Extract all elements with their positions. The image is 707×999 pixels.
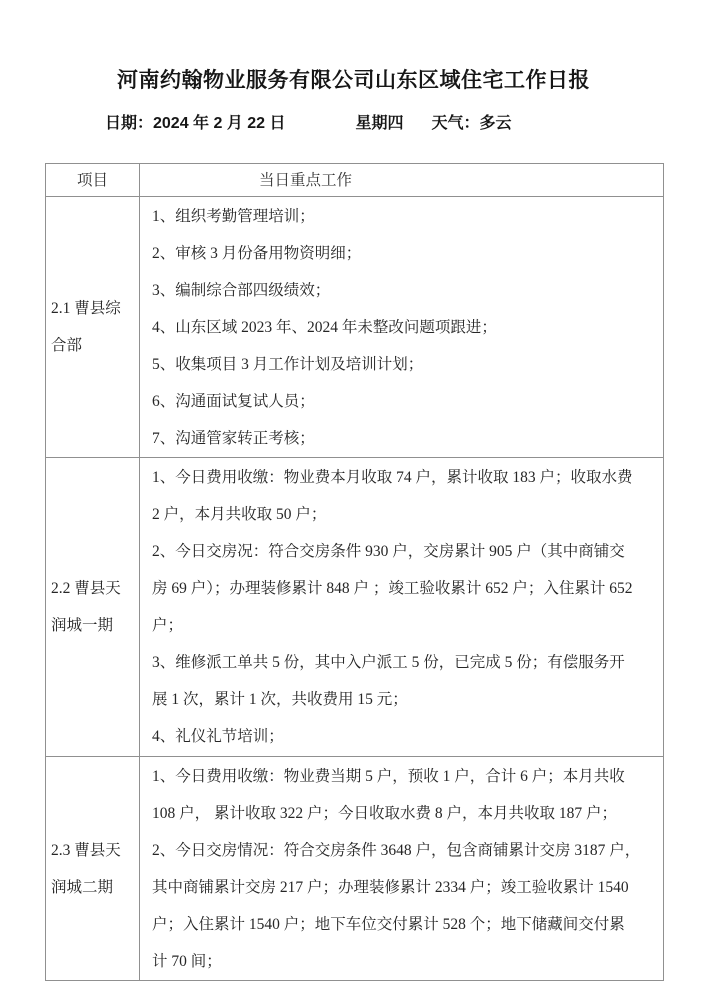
work-item: 6、沟通面试复试人员； (152, 383, 657, 420)
page-title: 河南约翰物业服务有限公司山东区域住宅工作日报 (0, 64, 707, 94)
column-header-work: 当日重点工作 (140, 164, 664, 197)
work-item: 1、组织考勤管理培训； (152, 198, 657, 235)
document-page: { "page": { "background_color": "#ffffff… (0, 0, 707, 999)
project-label: 2.1 曹县综 合部 (51, 290, 136, 364)
project-cell: 2.2 曹县天 润城一期 (46, 458, 140, 757)
work-item: 2、今日交房情况：符合交房条件 3648 户，包含商铺累计交房 3187 户， … (152, 832, 657, 980)
work-item: 2、审核 3 月份备用物资明细； (152, 235, 657, 272)
table-row: 2.1 曹县综 合部1、组织考勤管理培训；2、审核 3 月份备用物资明细；3、编… (46, 197, 664, 458)
weekday-value: 星期四 (356, 110, 404, 133)
project-cell: 2.3 曹县天 润城二期 (46, 757, 140, 981)
work-item: 3、维修派工单共 5 份，其中入户派工 5 份，已完成 5 份；有偿服务开 展 … (152, 644, 657, 718)
column-header-project: 项目 (46, 164, 140, 197)
work-item: 4、山东区域 2023 年、2024 年未整改问题项跟进； (152, 309, 657, 346)
work-item: 7、沟通管家转正考核； (152, 420, 657, 457)
table-row: 2.3 曹县天 润城二期1、今日费用收缴：物业费当期 5 户，预收 1 户，合计… (46, 757, 664, 981)
work-item: 2、今日交房况：符合交房条件 930 户，交房累计 905 户（其中商铺交 房 … (152, 533, 657, 644)
project-label: 2.2 曹县天 润城一期 (51, 570, 136, 644)
work-cell: 1、今日费用收缴：物业费本月收取 74 户，累计收取 183 户；收取水费 2 … (140, 458, 664, 757)
project-label: 2.3 曹县天 润城二期 (51, 832, 136, 906)
work-cell: 1、今日费用收缴：物业费当期 5 户，预收 1 户，合计 6 户；本月共收 10… (140, 757, 664, 981)
project-cell: 2.1 曹县综 合部 (46, 197, 140, 458)
work-cell: 1、组织考勤管理培训；2、审核 3 月份备用物资明细；3、编制综合部四级绩效；4… (140, 197, 664, 458)
weather-value: 天气：多云 (432, 110, 512, 133)
daily-report-table: 项目 当日重点工作 2.1 曹县综 合部1、组织考勤管理培训；2、审核 3 月份… (45, 163, 664, 981)
table-header-row: 项目 当日重点工作 (46, 164, 664, 197)
date-value: 日期：2024 年 2 月 22 日 (105, 110, 286, 133)
table-row: 2.2 曹县天 润城一期1、今日费用收缴：物业费本月收取 74 户，累计收取 1… (46, 458, 664, 757)
work-item: 3、编制综合部四级绩效； (152, 272, 657, 309)
date-line: 日期：2024 年 2 月 22 日 星期四 天气：多云 (105, 110, 512, 133)
work-item: 4、礼仪礼节培训； (152, 718, 657, 755)
table-body: 项目 当日重点工作 2.1 曹县综 合部1、组织考勤管理培训；2、审核 3 月份… (46, 164, 664, 981)
work-item: 1、今日费用收缴：物业费本月收取 74 户，累计收取 183 户；收取水费 2 … (152, 459, 657, 533)
work-item: 5、收集项目 3 月工作计划及培训计划； (152, 346, 657, 383)
work-item: 1、今日费用收缴：物业费当期 5 户，预收 1 户，合计 6 户；本月共收 10… (152, 758, 657, 832)
